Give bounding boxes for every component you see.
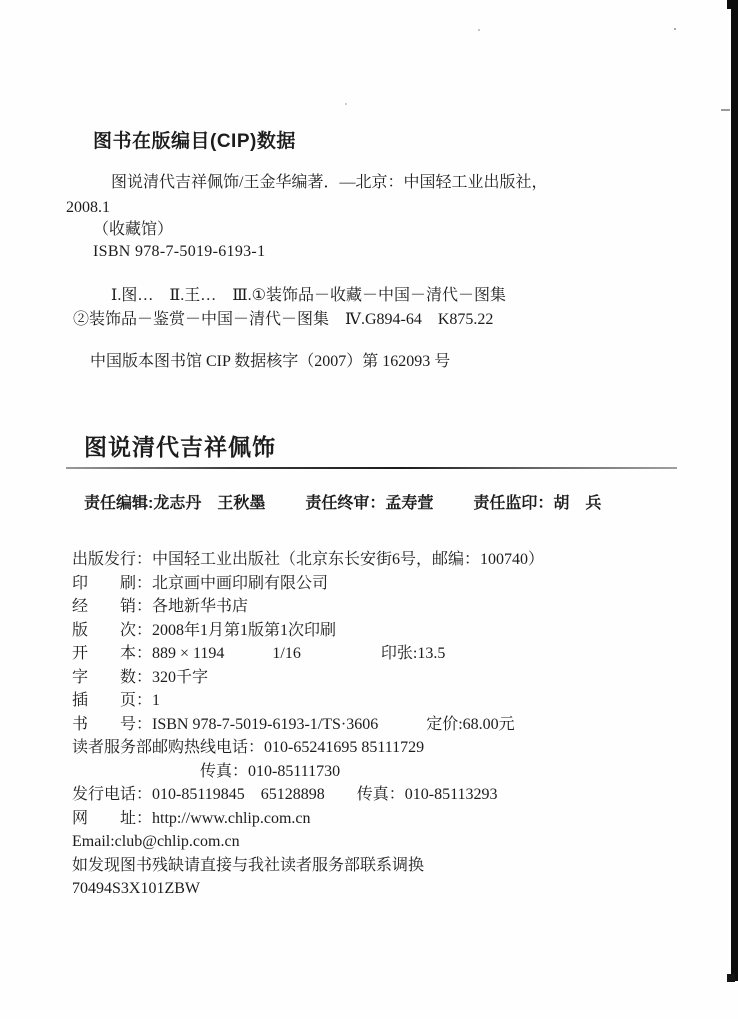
scan-speck	[478, 29, 480, 31]
staff-final-reviewer: 责任终审：孟寿萱	[305, 490, 433, 513]
colophon-row-edition: 版 次：2008年1月第1版第1次印刷	[72, 619, 672, 643]
cip-record-number: 中国版本图书馆 CIP 数据核字（2007）第 162093 号	[90, 352, 450, 372]
colophon-row-product-code: 70494S3X101ZBW	[72, 877, 672, 901]
book-title: 图说清代吉祥佩饰	[84, 429, 276, 462]
cip-classification-line2: ②装饰品－鉴赏－中国－清代－图集 Ⅳ.G894-64 K875.22	[73, 310, 493, 330]
colophon-row-hotline: 读者服务部邮购热线电话：010-65241695 85111729	[72, 736, 672, 760]
scan-speck	[674, 28, 676, 30]
colophon-row-inserts: 插 页：1	[72, 689, 672, 713]
staff-credits-row: 责任编辑:龙志丹 王秋墨 责任终审：孟寿萱 责任监印：胡 兵	[84, 490, 601, 513]
cip-entry-line1: 图说清代吉祥佩饰/王金华编著．—北京：中国轻工业出版社，	[111, 173, 547, 193]
cip-classification-line1: Ⅰ.图… Ⅱ.王… Ⅲ.①装饰品－收藏－中国－清代－图集	[111, 286, 506, 306]
cip-series-note: （收藏馆）	[93, 220, 173, 240]
colophon-row-exchange-note: 如发现图书残缺请直接与我社读者服务部联系调换	[72, 854, 672, 878]
colophon-row-fax: 传真：010-85111730	[72, 760, 672, 784]
scan-edge-bar	[731, 0, 738, 981]
staff-editor: 责任编辑:龙志丹 王秋墨	[84, 490, 265, 513]
colophon-row-website: 网 址：http://www.chlip.com.cn	[72, 807, 672, 831]
staff-print-supervisor: 责任监印：胡 兵	[473, 490, 601, 513]
cip-entry-line2: 2008.1	[66, 198, 110, 218]
colophon-row-isbn-price: 书 号：ISBN 978-7-5019-6193-1/TS·3606 定价:68…	[72, 713, 672, 737]
colophon-row-sales-phone: 发行电话：010-85119845 65128898 传真：010-851132…	[72, 783, 672, 807]
copyright-page: 图书在版编目(CIP)数据 图说清代吉祥佩饰/王金华编著．—北京：中国轻工业出版…	[0, 0, 738, 1019]
scan-speck	[721, 109, 730, 111]
title-divider-rule	[66, 467, 677, 469]
colophon-row-wordcount: 字 数：320千字	[72, 666, 672, 690]
colophon-row-email: Email:club@chlip.com.cn	[72, 830, 672, 854]
colophon-row-distributor: 经 销：各地新华书店	[72, 595, 672, 619]
cip-isbn: ISBN 978-7-5019-6193-1	[93, 242, 265, 262]
colophon-row-format: 开 本：889 × 1194 1/16 印张:13.5	[72, 642, 672, 666]
colophon-row-printer: 印 刷：北京画中画印刷有限公司	[72, 572, 672, 596]
cip-heading: 图书在版编目(CIP)数据	[93, 126, 296, 153]
scan-speck	[345, 103, 347, 105]
colophon-block: 出版发行：中国轻工业出版社（北京东长安街6号，邮编：100740） 印 刷：北京…	[72, 548, 672, 901]
scan-edge-endblob	[727, 974, 735, 982]
scan-edge-notch	[727, 0, 738, 9]
colophon-row-publisher: 出版发行：中国轻工业出版社（北京东长安街6号，邮编：100740）	[72, 548, 672, 572]
